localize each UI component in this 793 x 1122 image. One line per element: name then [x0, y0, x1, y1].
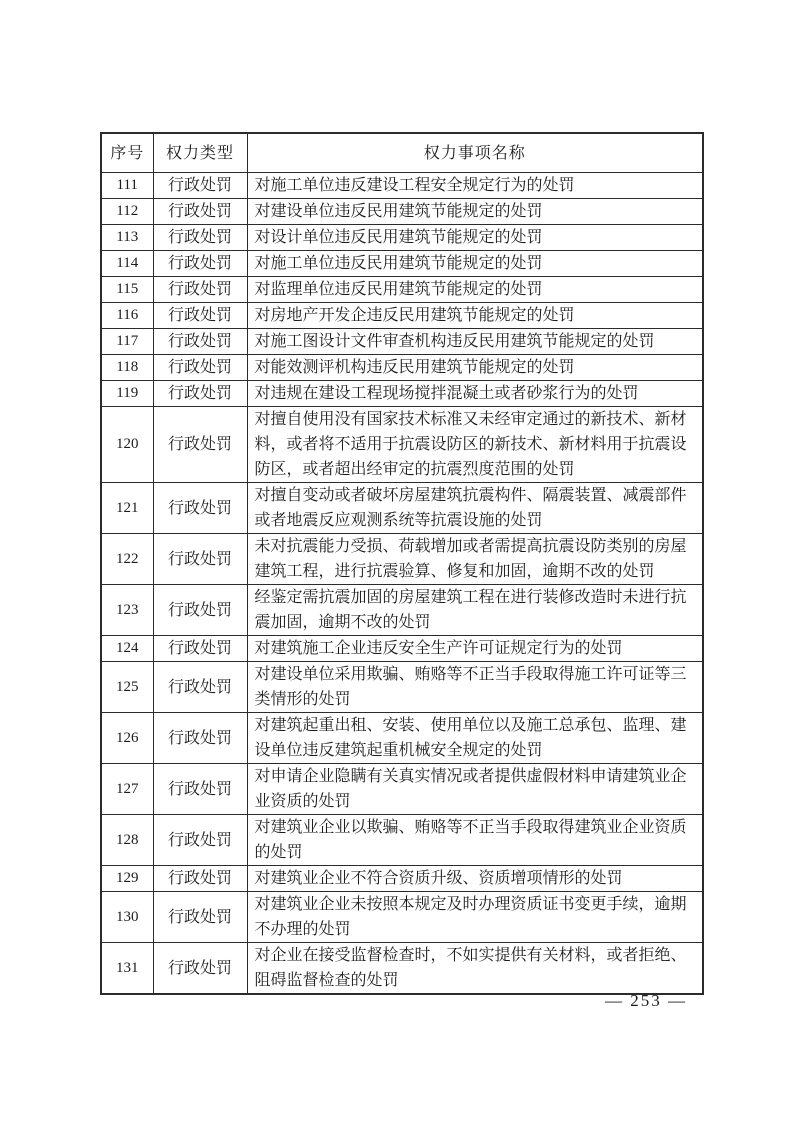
table-row: 124行政处罚对建筑施工企业违反安全生产许可证规定行为的处罚 [101, 636, 703, 662]
cell-serial: 121 [101, 483, 153, 534]
table-row: 130行政处罚对建筑业企业未按照本规定及时办理资质证书变更手续，逾期不办理的处罚 [101, 892, 703, 943]
cell-serial: 129 [101, 866, 153, 892]
cell-name: 对施工单位违反建设工程安全规定行为的处罚 [247, 173, 703, 199]
cell-serial: 128 [101, 815, 153, 866]
cell-type: 行政处罚 [153, 662, 247, 713]
cell-serial: 127 [101, 764, 153, 815]
cell-name: 对设计单位违反民用建筑节能规定的处罚 [247, 225, 703, 251]
table-header-row: 序号 权力类型 权力事项名称 [101, 133, 703, 173]
cell-type: 行政处罚 [153, 277, 247, 303]
cell-name: 对施工图设计文件审查机构违反民用建筑节能规定的处罚 [247, 329, 703, 355]
cell-name: 对擅自变动或者破坏房屋建筑抗震构件、隔震装置、减震部件或者地震反应观测系统等抗震… [247, 483, 703, 534]
table-row: 117行政处罚对施工图设计文件审查机构违反民用建筑节能规定的处罚 [101, 329, 703, 355]
cell-name: 对建设单位违反民用建筑节能规定的处罚 [247, 199, 703, 225]
cell-name: 对建筑业企业以欺骗、贿赂等不正当手段取得建筑业企业资质的处罚 [247, 815, 703, 866]
cell-type: 行政处罚 [153, 303, 247, 329]
cell-serial: 122 [101, 534, 153, 585]
cell-serial: 125 [101, 662, 153, 713]
cell-type: 行政处罚 [153, 225, 247, 251]
cell-type: 行政处罚 [153, 407, 247, 483]
table-row: 121行政处罚对擅自变动或者破坏房屋建筑抗震构件、隔震装置、减震部件或者地震反应… [101, 483, 703, 534]
cell-serial: 113 [101, 225, 153, 251]
table-row: 126行政处罚对建筑起重出租、安装、使用单位以及施工总承包、监理、建设单位违反建… [101, 713, 703, 764]
cell-type: 行政处罚 [153, 483, 247, 534]
table-row: 115行政处罚对监理单位违反民用建筑节能规定的处罚 [101, 277, 703, 303]
cell-type: 行政处罚 [153, 943, 247, 995]
cell-type: 行政处罚 [153, 381, 247, 407]
table-row: 118行政处罚对能效测评机构违反民用建筑节能规定的处罚 [101, 355, 703, 381]
page-number: — 253 — [605, 991, 687, 1011]
table-row: 125行政处罚对建设单位采用欺骗、贿赂等不正当手段取得施工许可证等三类情形的处罚 [101, 662, 703, 713]
table-row: 120行政处罚对擅自使用没有国家技术标准又未经审定通过的新技术、新材料，或者将不… [101, 407, 703, 483]
cell-type: 行政处罚 [153, 585, 247, 636]
cell-name: 对建筑业企业未按照本规定及时办理资质证书变更手续，逾期不办理的处罚 [247, 892, 703, 943]
table-row: 113行政处罚对设计单位违反民用建筑节能规定的处罚 [101, 225, 703, 251]
cell-name: 对建筑业企业不符合资质升级、资质增项情形的处罚 [247, 866, 703, 892]
table-row: 123行政处罚经鉴定需抗震加固的房屋建筑工程在进行装修改造时未进行抗震加固，逾期… [101, 585, 703, 636]
cell-type: 行政处罚 [153, 329, 247, 355]
table-row: 122行政处罚未对抗震能力受损、荷载增加或者需提高抗震设防类别的房屋建筑工程，进… [101, 534, 703, 585]
table-row: 131行政处罚对企业在接受监督检查时，不如实提供有关材料，或者拒绝、阻碍监督检查… [101, 943, 703, 995]
cell-type: 行政处罚 [153, 815, 247, 866]
cell-type: 行政处罚 [153, 713, 247, 764]
cell-type: 行政处罚 [153, 199, 247, 225]
cell-serial: 124 [101, 636, 153, 662]
table-row: 129行政处罚对建筑业企业不符合资质升级、资质增项情形的处罚 [101, 866, 703, 892]
cell-type: 行政处罚 [153, 636, 247, 662]
cell-type: 行政处罚 [153, 764, 247, 815]
cell-serial: 112 [101, 199, 153, 225]
table-row: 116行政处罚对房地产开发企违反民用建筑节能规定的处罚 [101, 303, 703, 329]
cell-name: 对建设单位采用欺骗、贿赂等不正当手段取得施工许可证等三类情形的处罚 [247, 662, 703, 713]
cell-type: 行政处罚 [153, 866, 247, 892]
cell-type: 行政处罚 [153, 355, 247, 381]
cell-name: 对违规在建设工程现场搅拌混凝土或者砂浆行为的处罚 [247, 381, 703, 407]
table-row: 111行政处罚对施工单位违反建设工程安全规定行为的处罚 [101, 173, 703, 199]
cell-name: 对能效测评机构违反民用建筑节能规定的处罚 [247, 355, 703, 381]
cell-name: 对擅自使用没有国家技术标准又未经审定通过的新技术、新材料，或者将不适用于抗震设防… [247, 407, 703, 483]
cell-name: 对监理单位违反民用建筑节能规定的处罚 [247, 277, 703, 303]
cell-type: 行政处罚 [153, 251, 247, 277]
cell-serial: 118 [101, 355, 153, 381]
header-power-type: 权力类型 [153, 133, 247, 173]
cell-name: 对申请企业隐瞒有关真实情况或者提供虚假材料申请建筑业企业资质的处罚 [247, 764, 703, 815]
cell-name: 未对抗震能力受损、荷载增加或者需提高抗震设防类别的房屋建筑工程，进行抗震验算、修… [247, 534, 703, 585]
table-row: 114行政处罚对施工单位违反民用建筑节能规定的处罚 [101, 251, 703, 277]
cell-name: 对施工单位违反民用建筑节能规定的处罚 [247, 251, 703, 277]
cell-serial: 119 [101, 381, 153, 407]
header-power-item-name: 权力事项名称 [247, 133, 703, 173]
cell-serial: 126 [101, 713, 153, 764]
cell-serial: 111 [101, 173, 153, 199]
cell-serial: 131 [101, 943, 153, 995]
cell-type: 行政处罚 [153, 534, 247, 585]
cell-serial: 116 [101, 303, 153, 329]
cell-serial: 114 [101, 251, 153, 277]
document-page: 序号 权力类型 权力事项名称 111行政处罚对施工单位违反建设工程安全规定行为的… [0, 0, 793, 1122]
cell-name: 对企业在接受监督检查时，不如实提供有关材料，或者拒绝、阻碍监督检查的处罚 [247, 943, 703, 995]
cell-type: 行政处罚 [153, 173, 247, 199]
table-row: 127行政处罚对申请企业隐瞒有关真实情况或者提供虚假材料申请建筑业企业资质的处罚 [101, 764, 703, 815]
cell-name: 对房地产开发企违反民用建筑节能规定的处罚 [247, 303, 703, 329]
header-serial-number: 序号 [101, 133, 153, 173]
cell-name: 经鉴定需抗震加固的房屋建筑工程在进行装修改造时未进行抗震加固，逾期不改的处罚 [247, 585, 703, 636]
cell-type: 行政处罚 [153, 892, 247, 943]
table-row: 128行政处罚对建筑业企业以欺骗、贿赂等不正当手段取得建筑业企业资质的处罚 [101, 815, 703, 866]
power-items-table: 序号 权力类型 权力事项名称 111行政处罚对施工单位违反建设工程安全规定行为的… [100, 132, 704, 995]
table-row: 112行政处罚对建设单位违反民用建筑节能规定的处罚 [101, 199, 703, 225]
cell-serial: 115 [101, 277, 153, 303]
cell-serial: 130 [101, 892, 153, 943]
table-row: 119行政处罚对违规在建设工程现场搅拌混凝土或者砂浆行为的处罚 [101, 381, 703, 407]
cell-serial: 117 [101, 329, 153, 355]
cell-serial: 123 [101, 585, 153, 636]
cell-name: 对建筑施工企业违反安全生产许可证规定行为的处罚 [247, 636, 703, 662]
cell-name: 对建筑起重出租、安装、使用单位以及施工总承包、监理、建设单位违反建筑起重机械安全… [247, 713, 703, 764]
cell-serial: 120 [101, 407, 153, 483]
